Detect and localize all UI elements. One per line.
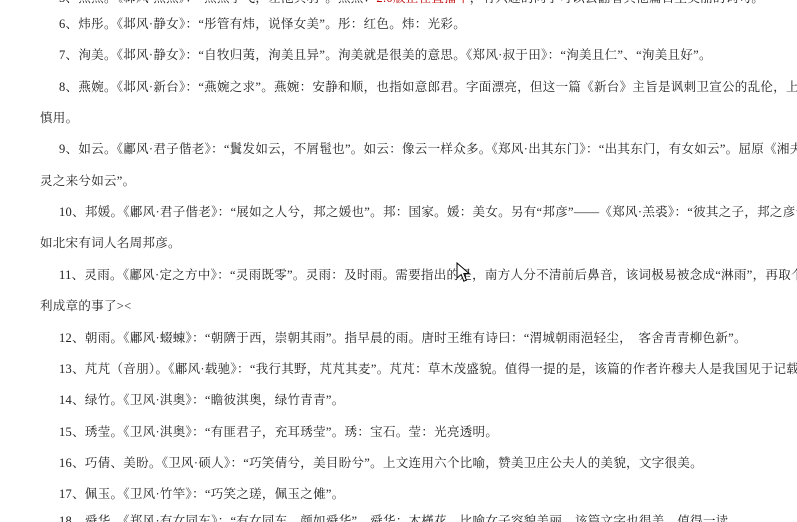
clipped-line-bottom: 18、舜华。《郑风·有女同车》：“有女同车，颜如舜华”。舜华：木槿花。比喻女子容…: [59, 515, 741, 522]
document-page: 5、燕燕。《邶风·燕燕》：“燕燕于飞，差池其羽”。燕燕：2.0版正在直播中，有兴…: [0, 0, 797, 522]
doc-line-15: 15、琇莹。《卫风·淇奥》：“有匪君子，充耳琇莹”。琇：宝石。莹：光亮透明。: [59, 426, 498, 439]
doc-line-9-cont: 灵之来兮如云”。: [40, 175, 135, 188]
doc-line-10: 10、邦媛。《鄘风·君子偕老》：“展如之人兮，邦之媛也”。邦：国家。媛：美女。另…: [59, 206, 797, 219]
doc-line-11: 11、灵雨。《鄘风·定之方中》：“灵雨既零”。灵雨：及时雨。需要指出的是，南方人…: [59, 269, 797, 282]
doc-line-16: 16、巧倩、美盼。《卫风·硕人》：“巧笑倩兮，美目盼兮”。上文连用六个比喻，赞美…: [59, 457, 703, 470]
clipped-line-top-pre: 5、燕燕。《邶风·燕燕》：“燕燕于飞，差池其羽”。燕燕：: [59, 0, 376, 5]
clipped-line-top-post: ，有兴趣的同学可以去翻看其他篇目里美丽的词句。: [470, 0, 764, 5]
doc-line-13: 13、芃芃（音朋）。《鄘风·载驰》：“我行其野，芃芃其麦”。芃芃：草木茂盛貌。值…: [59, 363, 797, 376]
clipped-line-top: 5、燕燕。《邶风·燕燕》：“燕燕于飞，差池其羽”。燕燕：2.0版正在直播中，有兴…: [59, 0, 764, 5]
doc-line-12: 12、朝雨。《鄘风·蝃蝀》：“朝隮于西，崇朝其雨”。指早晨的雨。唐时王维有诗曰：…: [59, 332, 747, 345]
doc-line-8: 8、燕婉。《邶风·新台》：“燕婉之求”。燕婉：安静和顺，也指如意郎君。字面漂亮，…: [59, 81, 797, 94]
doc-line-7: 7、洵美。《邶风·静女》：“自牧归荑，洵美且异”。洵美就是很美的意思。《郑风·叔…: [59, 49, 712, 62]
doc-line-10-cont: 如北宋有词人名周邦彦。: [40, 237, 181, 250]
doc-line-14: 14、绿竹。《卫风·淇奥》：“瞻彼淇奥，绿竹青青”。: [59, 394, 345, 407]
doc-line-9: 9、如云。《鄘风·君子偕老》：“鬒发如云，不屑髢也”。如云：像云一样众多。《郑风…: [59, 143, 797, 156]
doc-line-6: 6、炜彤。《邶风·静女》：“彤管有炜，说怿女美”。彤：红色。炜：光彩。: [59, 18, 466, 31]
clipped-line-top-red: 2.0版正在直播中: [376, 0, 469, 5]
doc-line-17: 17、佩玉。《卫风·竹竿》：“巧笑之瑳，佩玉之傩”。: [59, 488, 345, 501]
doc-line-8-cont: 慎用。: [40, 112, 78, 125]
mouse-cursor-icon: [456, 262, 470, 283]
doc-line-11-cont: 利成章的事了><: [40, 300, 132, 313]
